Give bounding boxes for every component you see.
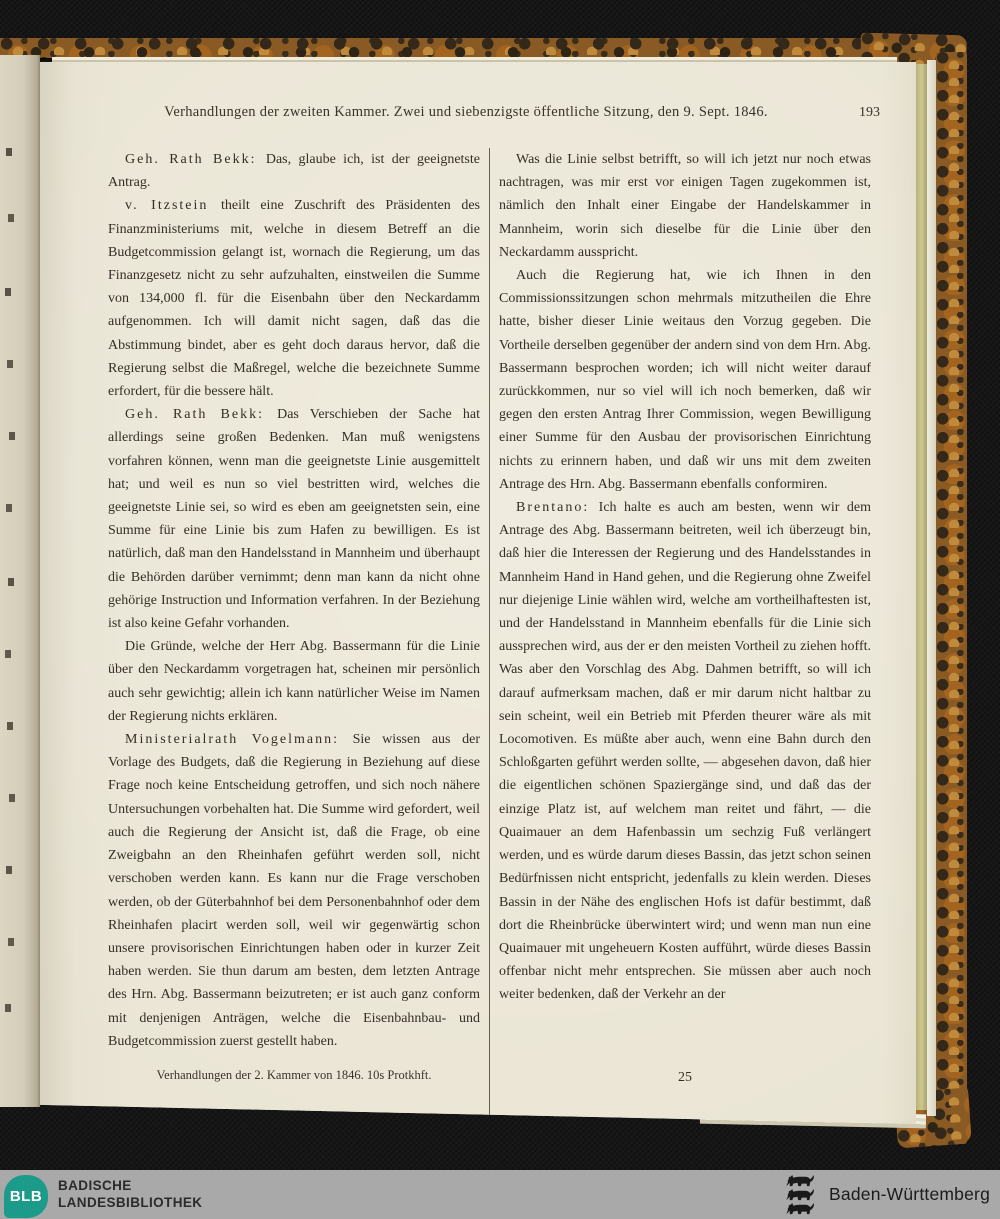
scanned-page: Verhandlungen der zweiten Kammer. Zwei u… bbox=[40, 62, 916, 1124]
page-block-side-edge bbox=[927, 60, 936, 1116]
speaker-name: Geh. Rath Bekk: bbox=[125, 407, 277, 422]
state-name: Baden-Württemberg bbox=[829, 1184, 990, 1205]
paragraph: Auch die Regierung hat, wie ich Ihnen in… bbox=[499, 264, 871, 496]
running-head-title: Verhandlungen der zweiten Kammer. Zwei u… bbox=[100, 104, 832, 121]
left-column: Geh. Rath Bekk: Das, glaube ich, ist der… bbox=[108, 148, 480, 1073]
paragraph: v. Itzstein theilt eine Zuschrift des Pr… bbox=[108, 194, 480, 403]
paragraph: Geh. Rath Bekk: Das Verschieben der Sach… bbox=[108, 403, 480, 635]
page-block-top-edge-shadow bbox=[52, 60, 897, 62]
state-branding: Baden-Württemberg bbox=[783, 1170, 990, 1219]
right-column: Was die Linie selbst betrifft, so will i… bbox=[499, 148, 871, 1073]
paragraph: Was die Linie selbst betrifft, so will i… bbox=[499, 148, 871, 264]
signature-mark: 25 bbox=[499, 1070, 871, 1086]
speaker-name: Brentano: bbox=[516, 500, 599, 515]
speaker-name: v. Itzstein bbox=[125, 198, 221, 213]
speaker-name: Geh. Rath Bekk: bbox=[125, 152, 266, 167]
library-name-line1: BADISCHE bbox=[58, 1177, 202, 1194]
page-block-fore-edge bbox=[915, 64, 927, 1110]
paragraph: Geh. Rath Bekk: Das, glaube ich, ist der… bbox=[108, 148, 480, 194]
facing-page-text-fragments bbox=[6, 148, 12, 156]
library-name: BADISCHE LANDESBIBLIOTHEK bbox=[58, 1177, 202, 1211]
library-branding-bar: BLB BADISCHE LANDESBIBLIOTHEK Baden-Würt… bbox=[0, 1170, 1000, 1219]
paragraph: Brentano: Ich halte es auch am besten, w… bbox=[499, 496, 871, 1006]
facing-page-sliver bbox=[0, 55, 40, 1107]
lion-icon bbox=[783, 1203, 817, 1215]
book-scan-photo: Verhandlungen der zweiten Kammer. Zwei u… bbox=[0, 0, 1000, 1219]
paragraph: Ministerialrath Vogelmann: Sie wissen au… bbox=[108, 728, 480, 1053]
book-cover-right-edge bbox=[936, 52, 967, 1144]
running-head: Verhandlungen der zweiten Kammer. Zwei u… bbox=[100, 104, 880, 121]
volume-footer-note: Verhandlungen der 2. Kammer von 1846. 10… bbox=[108, 1068, 480, 1083]
blb-logo: BLB bbox=[4, 1175, 48, 1218]
coat-of-arms-icon bbox=[783, 1175, 817, 1215]
lion-icon bbox=[783, 1175, 817, 1187]
lion-icon bbox=[783, 1189, 817, 1201]
book-cover-top-edge bbox=[0, 38, 895, 58]
library-name-line2: LANDESBIBLIOTHEK bbox=[58, 1194, 202, 1211]
paragraph: Die Gründe, welche der Herr Abg. Basserm… bbox=[108, 635, 480, 728]
speaker-name: Ministerialrath Vogelmann: bbox=[125, 732, 353, 747]
column-divider-rule bbox=[489, 148, 490, 1124]
page-number: 193 bbox=[832, 105, 880, 121]
